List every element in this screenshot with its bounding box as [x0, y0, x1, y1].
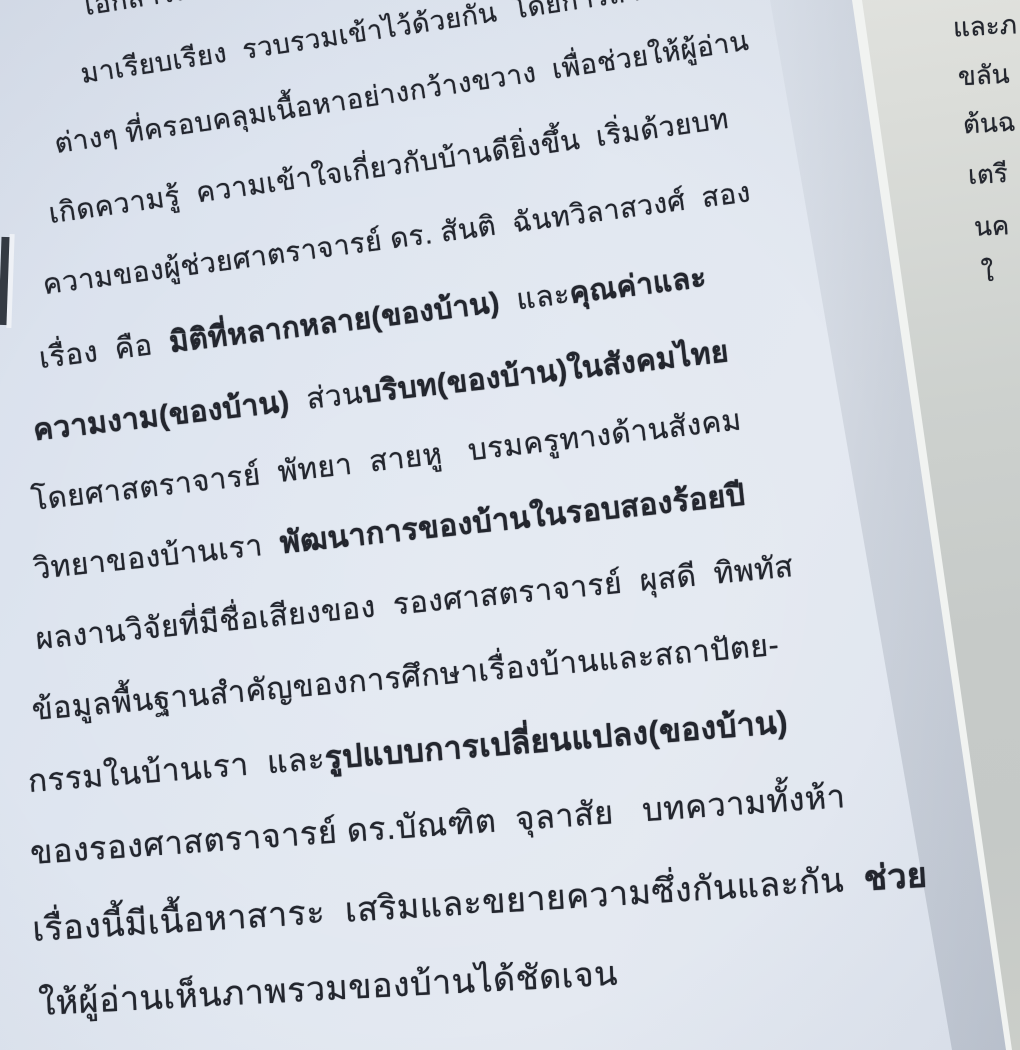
text-segment: ให้ผู้อ่านเห็นภาพรวมของบ้านได้ชัดเจน	[38, 955, 619, 1023]
facing-page-fragment: และภ	[952, 4, 1018, 48]
text-segment: เรื่อง คือ	[37, 327, 171, 375]
facing-page-fragment: เตรี	[967, 153, 1009, 196]
facing-page-fragment: ใ	[980, 252, 995, 294]
facing-page-fragment: ต้นฉ	[962, 102, 1016, 146]
text-segment-bold: พัฒนาการของบ้านในรอบสองร้อยปี	[278, 478, 746, 560]
text-segment-bold: รูปแบบการเปลี่ยนแปลง(ของบ้าน)	[323, 703, 789, 775]
text-segment: เรื่องนี้มีเนื้อหาสาระ เสริมและขยายความซ…	[31, 860, 865, 949]
text-segment-bold: คุณค่าและ	[568, 261, 708, 310]
text-segment-bold: บริบท(ของบ้าน)ในสังคมไทย	[361, 335, 731, 409]
text-segment-bold: มิติที่หลากหลาย(ของบ้าน)	[168, 287, 502, 359]
facing-page-fragment: นค	[973, 205, 1010, 248]
text-line: เอกสารมากมาย	[81, 0, 277, 27]
text-segment: ส่วน	[288, 377, 365, 418]
text-line: ให้ผู้อ่านเห็นภาพรวมของบ้านได้ชัดเจน	[37, 946, 619, 1030]
text-segment: และ	[498, 278, 572, 318]
text-segment-bold: ช่วย	[863, 856, 929, 898]
text-segment: เอกสารมากมาย	[82, 0, 276, 21]
text-segment: วิทยาของบ้านเรา	[32, 527, 282, 586]
text-segment: กรรมในบ้านเรา และ	[27, 740, 327, 799]
text-segment-bold: ความงาม(ของบ้าน)	[32, 385, 292, 447]
book-photo: และภ ขลัน ต้นฉ เตรี นค ใ เอกสารมากมาย มา…	[0, 0, 1020, 1050]
facing-page-fragment: ขลัน	[957, 54, 1011, 98]
